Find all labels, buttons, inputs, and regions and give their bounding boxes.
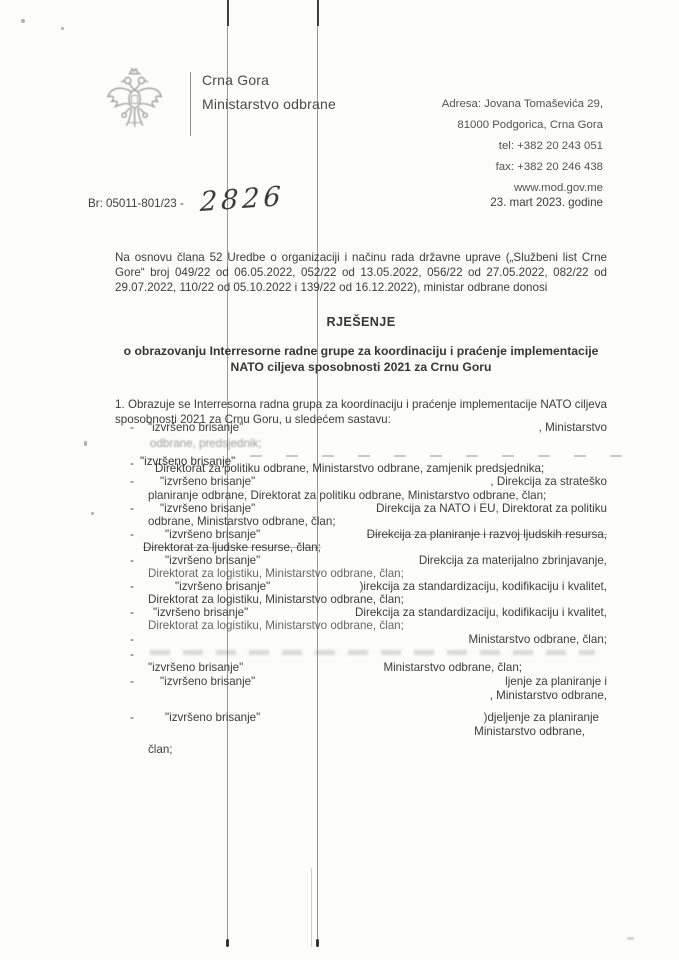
member-line: - "izvršeno brisanje" , Ministarstvo [115,421,607,435]
redaction-label: "izvršeno brisanje" [148,661,243,674]
member-line: - "izvršeno brisanje" ljenje za planiran… [115,675,607,689]
member-text: Direkcija za planiranje i razvoj ljudski… [367,528,607,541]
redaction-label: "izvršeno brisanje" [160,475,255,488]
redaction-label: "izvršeno brisanje" [165,528,260,541]
scan-speck [84,441,87,446]
redaction-label: "izvršeno brisanje" [153,606,248,619]
member-text: Direkcija za NATO i EU, Direktorat za po… [376,502,607,515]
member-text: odbrane, Ministarstvo odbrane, član; [148,515,336,528]
address-line-3: tel: +382 20 243 051 [442,136,603,157]
member-text: Ministarstvo odbrane, član; [383,661,522,674]
address-line-4: fax: +382 20 246 438 [442,157,603,178]
scan-speck [91,512,94,515]
member-text: planiranje odbrane, Direktorat za politi… [148,489,546,502]
redaction-label: "izvršeno brisanje" [165,554,260,567]
address-line-2: 81000 Podgorica, Crna Gora [442,115,603,136]
bullet-dash: - [130,528,134,541]
erased-text-artifact [150,650,595,655]
bullet-dash: - [130,606,134,619]
member-text: Direktorat za ljudske resurse, član; [143,541,321,554]
member-text: Ministarstvo odbrane, član; [468,633,607,646]
member-text-erased: odbrane, predsjednik; [150,437,262,450]
member-text: Ministarstvo odbrane, [474,725,585,738]
bullet-dash: - [130,502,134,515]
bullet-dash: - [130,457,134,470]
member-text: Direkcija za materijalno zbrinjavanje, [419,554,607,567]
member-text: , Ministarstvo [539,421,607,434]
member-line: - "izvršeno brisanje" )irekcija za stand… [115,580,607,594]
member-line: , Ministarstvo odbrane, [115,689,607,703]
preamble-paragraph: Na osnovu člana 52 Uredbe o organizaciji… [115,250,607,295]
member-text: Direktorat za logistiku, Ministarstvo od… [148,567,404,580]
member-line: - "izvršeno brisanje" Direkcija za plani… [115,528,607,542]
bullet-dash: - [130,475,134,488]
member-line: "izvršeno brisanje" Ministarstvo odbrane… [115,661,607,675]
bullet-dash: - [130,633,134,646]
header-divider [190,72,191,136]
member-line: - "izvršeno brisanje" )djeljenje za plan… [115,711,607,725]
redaction-label: "izvršeno brisanje" [160,502,255,515]
member-line: - Direktorat za politiku odbrane, Minist… [115,457,607,471]
member-line: Direktorat za logistiku, Ministarstvo od… [115,593,607,607]
decision-title: RJEŠENJE [115,315,607,330]
redaction-label: "izvršeno brisanje" [148,421,243,434]
member-line: - "izvršeno brisanje" Direkcija za NATO … [115,502,607,516]
bullet-dash: - [130,711,134,724]
member-text: ljenje za planiranje i [505,675,607,688]
header-country: Crna Gora [202,72,269,88]
redaction-label: "izvršeno brisanje" [160,675,255,688]
member-line: - Ministarstvo odbrane, član; [115,633,607,647]
redaction-label: "izvršeno brisanje" [175,580,270,593]
scan-speck [21,19,25,23]
member-text: Direktorat za logistiku, Ministarstvo od… [148,619,404,632]
member-line: Ministarstvo odbrane, [115,725,607,739]
decision-subtitle: o obrazovanju Interresorne radne grupe z… [115,343,607,375]
member-text: , Direkcija za strateško [490,475,607,488]
scan-speck [61,27,64,30]
member-line: planiranje odbrane, Direktorat za politi… [115,489,607,503]
member-line: - "izvršeno brisanje" , Direkcija za str… [115,475,607,489]
member-text: član; [148,743,173,756]
ref-number: Br: 05011-801/23 - [88,197,184,210]
scan-speck [627,937,634,940]
member-text: Direktorat za logistiku, Ministarstvo od… [148,593,404,606]
fold-line-ghost [311,868,312,947]
member-line: Direktorat za logistiku, Ministarstvo od… [115,619,607,633]
member-text: )djeljenje za planiranje [484,711,599,724]
ref-number-handwritten: 2826 [200,181,286,218]
member-line: Direktorat za ljudske resurse, član; [115,541,607,555]
member-line: odbrane, Ministarstvo odbrane, član; [115,515,607,529]
address-line-1: Adresa: Jovana Tomaševića 29, [442,94,603,115]
member-line: odbrane, predsjednik; [115,437,607,451]
member-line: član; [115,743,607,757]
document-date: 23. mart 2023. godine [490,196,603,209]
bullet-dash: - [130,675,134,688]
member-text: Direkcija za standardizaciju, kodifikaci… [355,606,607,619]
member-line: - "izvršeno brisanje" Direkcija za stand… [115,606,607,620]
member-line: - "izvršeno brisanje" Direkcija za mater… [115,554,607,568]
bullet-dash: - [130,648,134,661]
header-ministry: Ministarstvo odbrane [202,96,336,112]
document-page: Crna Gora Ministarstvo odbrane Adresa: J… [0,0,679,960]
redaction-label: "izvršeno brisanje" [140,455,235,468]
member-line: Direktorat za logistiku, Ministarstvo od… [115,567,607,581]
member-text: )irekcija za standardizaciju, kodifikaci… [360,580,607,593]
bullet-dash: - [130,421,134,434]
redaction-label: "izvršeno brisanje" [165,711,260,724]
member-text: , Ministarstvo odbrane, [490,689,607,702]
address-block: Adresa: Jovana Tomaševića 29, 81000 Podg… [442,94,603,199]
bullet-dash: - [130,580,134,593]
bullet-dash: - [130,554,134,567]
montenegro-coat-of-arms-icon [103,64,165,138]
